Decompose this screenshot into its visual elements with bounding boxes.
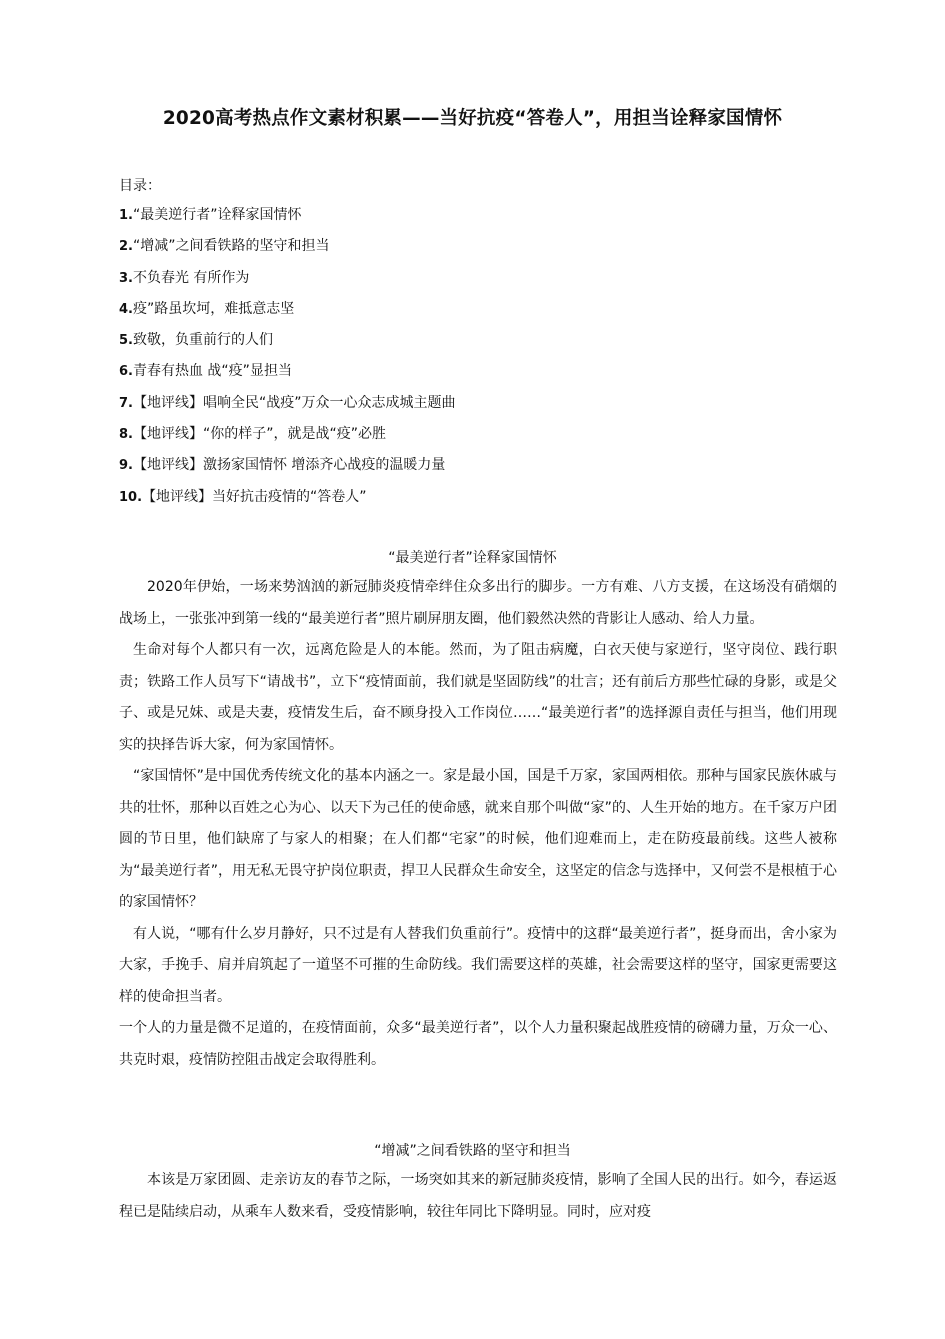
paragraph: “家国情怀”是中国优秀传统文化的基本内涵之一。家是最小国，国是千万家，家国两相依… <box>119 761 837 919</box>
toc-item: 4.疫”路虽坎坷，难抵意志坚 <box>119 299 456 330</box>
toc-item-text: 【地评线】唱响全民“战疫”万众一心众志成城主题曲 <box>133 395 456 411</box>
toc-item-number: 1. <box>119 208 133 223</box>
toc-item-number: 7. <box>119 396 133 411</box>
toc-item-text: 【地评线】“你的样子”，就是战“疫”必胜 <box>133 426 386 442</box>
section-body: 2020年伊始，一场来势汹汹的新冠肺炎疫情牵绊住众多出行的脚步。一方有难、八方支… <box>119 572 837 1076</box>
toc-item-number: 3. <box>119 271 133 286</box>
section-heading: “最美逆行者”诠释家国情怀 <box>0 547 945 567</box>
table-of-contents: 1.“最美逆行者”诠释家国情怀 2.“增减”之间看铁路的坚守和担当 3.不负春光… <box>119 205 456 518</box>
paragraph: 2020年伊始，一场来势汹汹的新冠肺炎疫情牵绊住众多出行的脚步。一方有难、八方支… <box>119 572 837 635</box>
toc-item-number: 10. <box>119 490 142 505</box>
toc-item-text: “最美逆行者”诠释家国情怀 <box>133 207 302 223</box>
toc-label: 目录： <box>119 175 161 195</box>
toc-item-text: 不负春光 有所作为 <box>133 270 249 286</box>
toc-item: 5.致敬，负重前行的人们 <box>119 330 456 361</box>
toc-item-text: 【地评线】激扬家国情怀 增添齐心战疫的温暖力量 <box>133 457 445 473</box>
paragraph: 生命对每个人都只有一次，远离危险是人的本能。然而，为了阻击病魔，白衣天使与家逆行… <box>119 635 837 761</box>
paragraph: 本该是万家团圆、走亲访友的春节之际，一场突如其来的新冠肺炎疫情，影响了全国人民的… <box>119 1165 837 1228</box>
toc-item-number: 9. <box>119 458 133 473</box>
toc-item-number: 2. <box>119 239 133 254</box>
section-body: 本该是万家团圆、走亲访友的春节之际，一场突如其来的新冠肺炎疫情，影响了全国人民的… <box>119 1165 837 1228</box>
toc-item-number: 8. <box>119 427 133 442</box>
toc-item: 10.【地评线】当好抗击疫情的“答卷人” <box>119 487 456 518</box>
paragraph: 一个人的力量是微不足道的，在疫情面前，众多“最美逆行者”，以个人力量积聚起战胜疫… <box>119 1013 837 1076</box>
toc-item-number: 4. <box>119 302 133 317</box>
toc-item: 1.“最美逆行者”诠释家国情怀 <box>119 205 456 236</box>
section-heading: “增减”之间看铁路的坚守和担当 <box>0 1140 945 1160</box>
toc-item-text: 青春有热血 战“疫”显担当 <box>133 363 292 379</box>
toc-item-number: 5. <box>119 333 133 348</box>
document-title: 2020高考热点作文素材积累——当好抗疫“答卷人”，用担当诠释家国情怀 <box>0 104 945 130</box>
toc-item-text: 致敬，负重前行的人们 <box>133 332 273 348</box>
toc-item: 8.【地评线】“你的样子”，就是战“疫”必胜 <box>119 424 456 455</box>
toc-item: 9.【地评线】激扬家国情怀 增添齐心战疫的温暖力量 <box>119 455 456 486</box>
paragraph: 有人说，“哪有什么岁月静好，只不过是有人替我们负重前行”。疫情中的这群“最美逆行… <box>119 919 837 1014</box>
toc-item-text: 【地评线】当好抗击疫情的“答卷人” <box>142 489 367 505</box>
toc-item: 2.“增减”之间看铁路的坚守和担当 <box>119 236 456 267</box>
toc-item: 3.不负春光 有所作为 <box>119 268 456 299</box>
toc-item-text: “增减”之间看铁路的坚守和担当 <box>133 238 330 254</box>
toc-item: 6.青春有热血 战“疫”显担当 <box>119 361 456 392</box>
toc-item: 7.【地评线】唱响全民“战疫”万众一心众志成城主题曲 <box>119 393 456 424</box>
document-page: 2020高考热点作文素材积累——当好抗疫“答卷人”，用担当诠释家国情怀 目录： … <box>0 0 945 1339</box>
toc-item-number: 6. <box>119 364 133 379</box>
toc-item-text: 疫”路虽坎坷，难抵意志坚 <box>133 301 294 317</box>
